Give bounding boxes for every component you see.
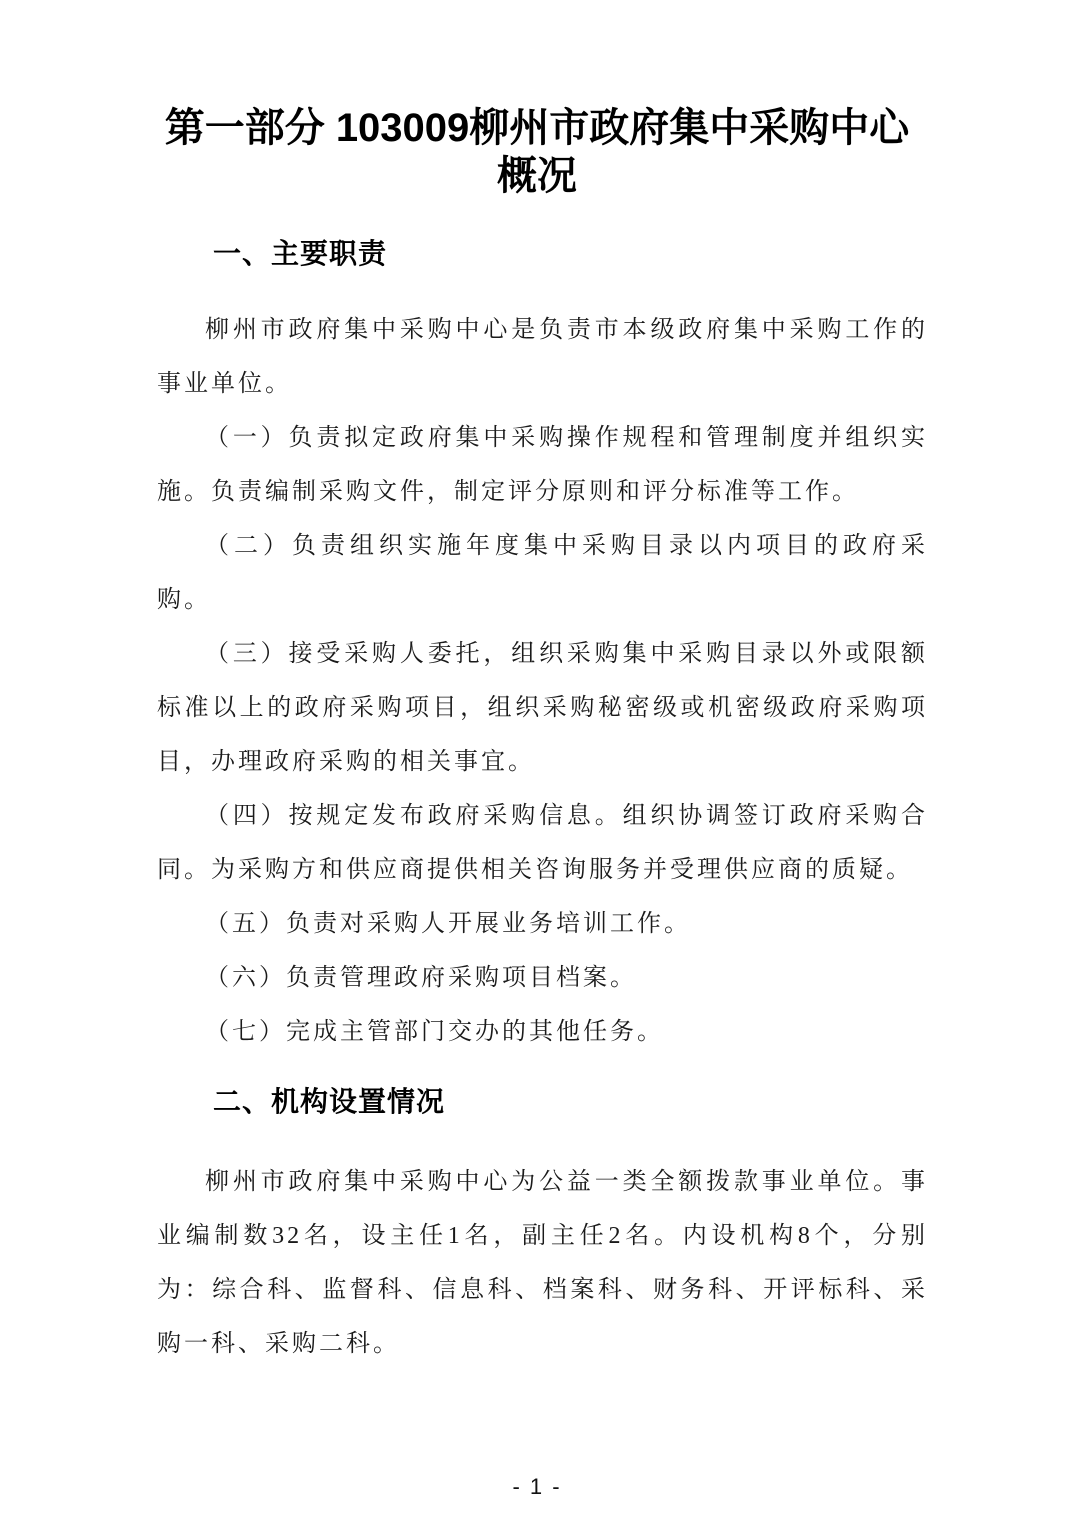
paragraph: 柳州市政府集中采购中心为公益一类全额拨款事业单位。事业编制数32名，设主任1名，… xyxy=(157,1155,928,1371)
paragraph: （五）负责对采购人开展业务培训工作。 xyxy=(157,897,928,951)
section-heading-main-duties: 一、主要职责 xyxy=(157,234,928,274)
paragraph: （六）负责管理政府采购项目档案。 xyxy=(157,951,928,1005)
document-body: 一、主要职责 柳州市政府集中采购中心是负责市本级政府集中采购工作的事业单位。 （… xyxy=(157,234,928,1371)
paragraph: （二）负责组织实施年度集中采购目录以内项目的政府采购。 xyxy=(157,519,928,627)
paragraph: （七）完成主管部门交办的其他任务。 xyxy=(157,1005,928,1059)
page-number: - 1 - xyxy=(0,1474,1074,1500)
paragraph: 柳州市政府集中采购中心是负责市本级政府集中采购工作的事业单位。 xyxy=(157,303,928,411)
title-line-2: 概况 xyxy=(0,152,1074,200)
paragraph: （三）接受采购人委托，组织采购集中采购目录以外或限额标准以上的政府采购项目，组织… xyxy=(157,627,928,789)
paragraph: （一）负责拟定政府集中采购操作规程和管理制度并组织实施。负责编制采购文件，制定评… xyxy=(157,411,928,519)
document-page: 第一部分 103009柳州市政府集中采购中心 概况 一、主要职责 柳州市政府集中… xyxy=(0,0,1074,1520)
document-title: 第一部分 103009柳州市政府集中采购中心 概况 xyxy=(0,0,1074,200)
section-heading-organization: 二、机构设置情况 xyxy=(157,1082,928,1122)
paragraph: （四）按规定发布政府采购信息。组织协调签订政府采购合同。为采购方和供应商提供相关… xyxy=(157,789,928,897)
title-line-1: 第一部分 103009柳州市政府集中采购中心 xyxy=(0,104,1074,152)
